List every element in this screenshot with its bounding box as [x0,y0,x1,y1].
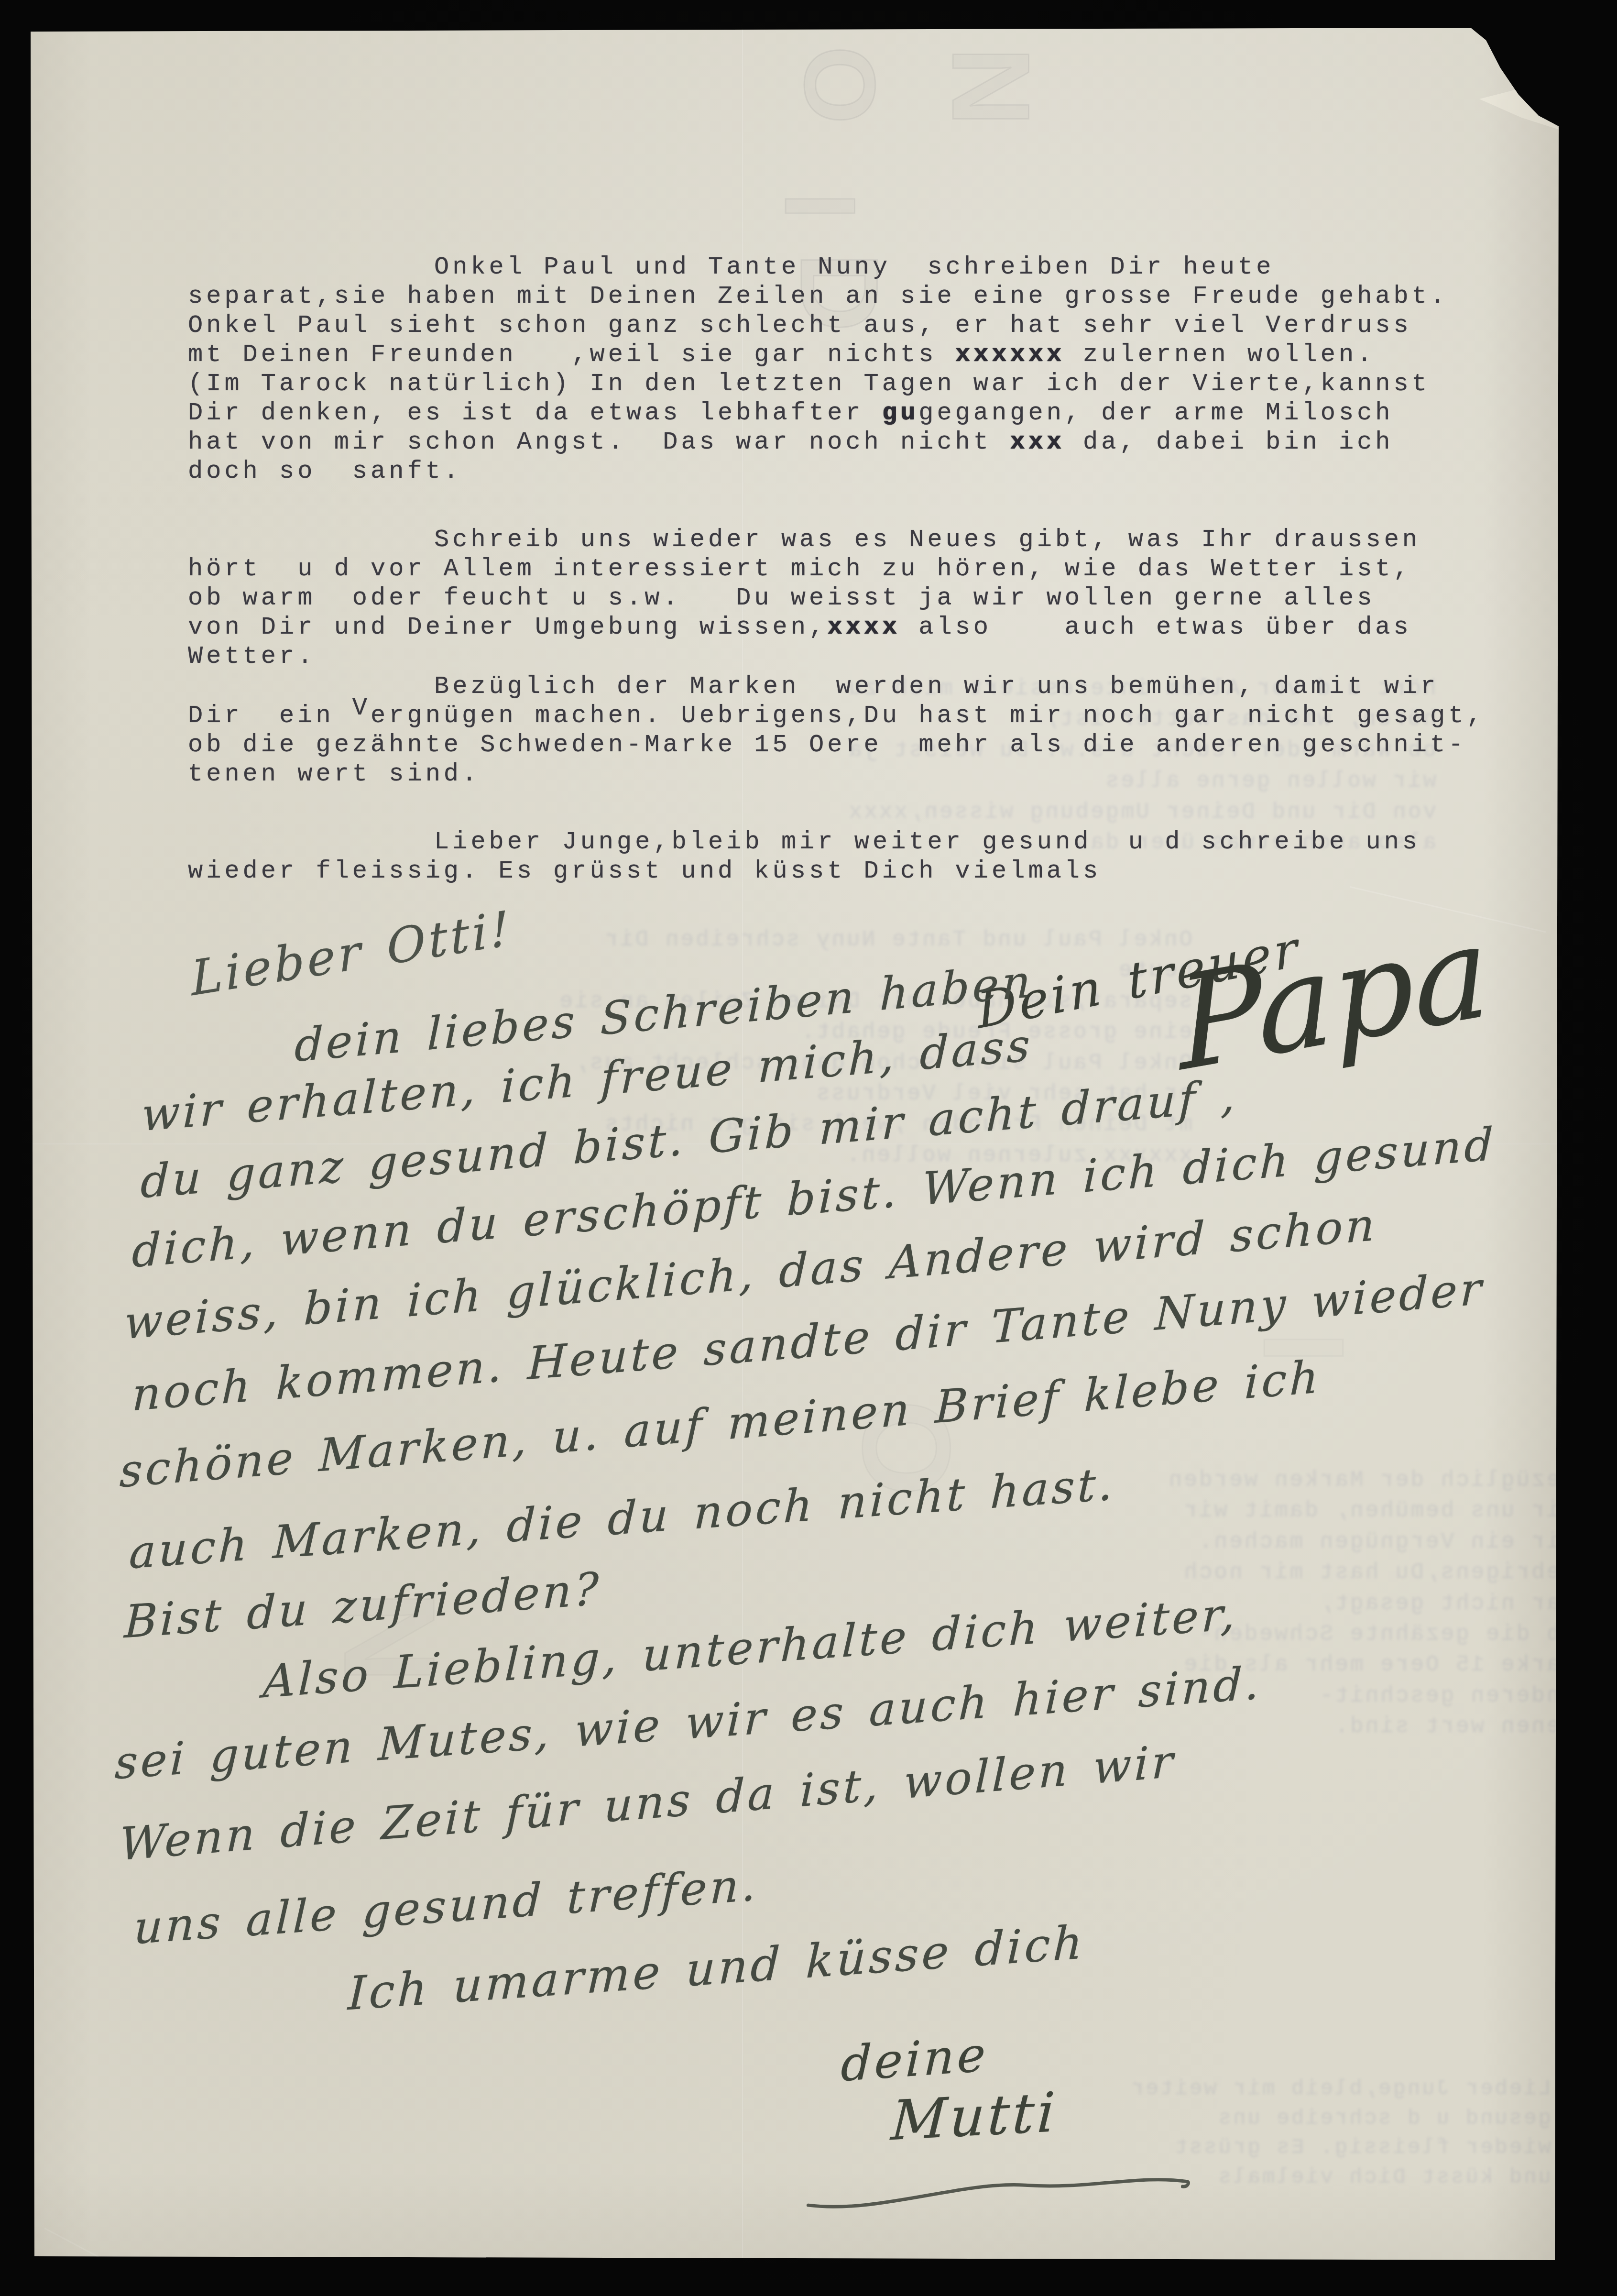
typed-line: wieder fleissig. Es grüsst und küsst Dic… [188,857,1420,886]
handwritten-line: uns alle gesund treffen. [133,1858,760,1955]
typed-line: Bezüglich der Marken werden wir uns bemü… [188,672,1485,701]
watermark-letter: I [770,192,870,220]
typed-line: separat,sie haben mit Deinen Zeilen an s… [188,282,1448,311]
signature-flourish-icon [804,2166,1198,2227]
typed-line: hört u d vor Allem interessiert mich zu … [188,554,1420,583]
typed-line: ob warm oder feucht u s.w. Du weisst ja … [188,583,1420,613]
typed-line: ob die gezähnte Schweden-Marke 15 Oere m… [188,730,1485,759]
typed-line: Dir denken, es ist da etwas lebhafter gu… [188,398,1448,428]
typed-line: Schreib uns wieder was es Neues gibt, wa… [188,525,1420,554]
typed-line: mt Deinen Freunden ,weil sie gar nichts … [188,340,1448,369]
typed-line: Onkel Paul sieht schon ganz schlecht aus… [188,311,1448,340]
salutation: Lieber Otti! [190,900,514,1007]
scan-background: OIDNONI hört u d vor Allem interessiert … [0,0,1617,2296]
watermark-letter: N [936,47,1046,126]
typed-line: hat von mir schon Angst. Das war noch ni… [188,428,1448,457]
handwritten-line: deine [840,2026,989,2092]
watermark-letter: O [789,46,890,124]
corner-crease [44,2228,121,2269]
father-signature-name: Papa [1173,896,1494,1100]
typed-line: (Im Tarock natürlich) In den letzten Tag… [188,369,1448,398]
typed-line: Onkel Paul und Tante Nuny schreiben Dir … [188,253,1448,282]
typed-line: Lieber Junge,bleib mir weiter gesund u d… [188,827,1420,857]
typed-paragraph: Onkel Paul und Tante Nuny schreiben Dir … [188,253,1448,486]
torn-corner [1479,74,1561,130]
typed-paragraph: Lieber Junge,bleib mir weiter gesund u d… [188,827,1420,886]
typed-line: Wetter. [188,642,1420,671]
typed-line: von Dir und Deiner Umgebung wissen,xxxx … [188,613,1420,642]
typed-line: tenen wert sind. [188,759,1485,789]
typed-paragraph: Schreib uns wieder was es Neues gibt, wa… [188,525,1420,671]
typed-line: doch so sanft. [188,457,1448,486]
typed-paragraph: Bezüglich der Marken werden wir uns bemü… [188,672,1485,789]
mother-signature: Mutti [890,2080,1060,2153]
typed-line: Dir ein Vergnügen machen. Uebrigens,Du h… [188,701,1485,730]
letter-page: OIDNONI hört u d vor Allem interessiert … [31,28,1559,2260]
